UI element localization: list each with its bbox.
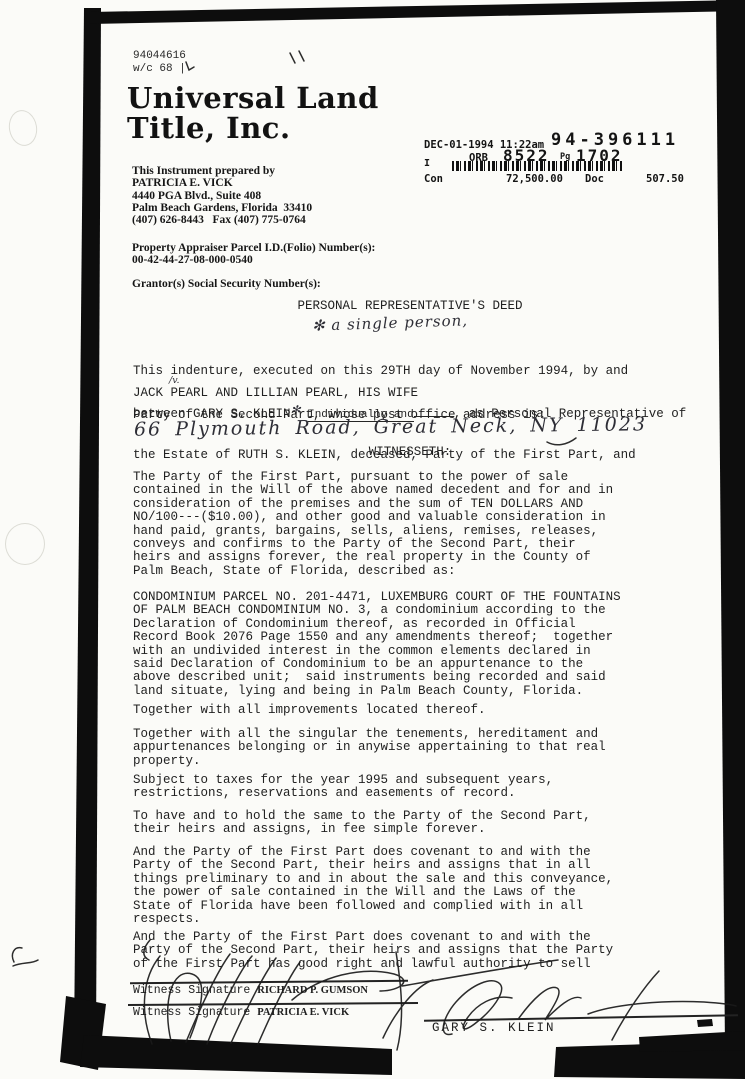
witness1-row: Witness Signature RICHARD P. GUMSON <box>133 984 368 997</box>
deed-title: PERSONAL REPRESENTATIVE'S DEED <box>160 300 660 313</box>
indenture-line1: This indenture, executed on this 29TH da… <box>133 365 686 378</box>
prepared-by-name: PATRICIA E. VICK <box>132 177 312 189</box>
witness2-name: PATRICIA E. VICK <box>257 1007 349 1018</box>
paragraph-covenant-authority: And the Party of the First Part does cov… <box>133 931 613 971</box>
barcode <box>452 161 622 171</box>
file-number: 94044616 <box>133 50 186 62</box>
prepared-by-phone: (407) 626-8443 Fax (407) 775-0764 <box>132 214 312 226</box>
prepared-by-block: This Instrument prepared by PATRICIA E. … <box>132 165 312 226</box>
letterhead-line2: Title, Inc. <box>127 114 291 143</box>
paragraph-legal-description: CONDOMINIUM PARCEL NO. 201-4471, LUXEMBU… <box>133 591 621 698</box>
handwritten-caret: /v. <box>169 375 179 386</box>
parcel-id-label: Property Appraiser Parcel I.D.(Folio) Nu… <box>132 242 375 254</box>
grantor-name: GARY S. KLEIN <box>432 1022 556 1035</box>
paragraph-taxes: Subject to taxes for the year 1995 and s… <box>133 774 553 801</box>
scanned-deed-page: 94044616 w/c 68 | Universal Land Title, … <box>0 0 745 1079</box>
paragraph-tenements: Together with all the singular the tenem… <box>133 728 606 768</box>
wc-number: w/c 68 | <box>133 63 186 75</box>
grantee-line: JACK PEARL AND LILLIAN PEARL, HIS WIFE <box>133 387 418 400</box>
stamp-doc-label: Doc <box>585 173 604 185</box>
witnesseth-heading: WITNESSETH: <box>160 446 660 459</box>
stamp-consideration-amount: 72,500.00 <box>506 173 563 185</box>
paragraph-covenant-compliance: And the Party of the First Part does cov… <box>133 846 613 926</box>
letterhead-line1: Universal Land <box>127 84 379 113</box>
stamp-con-label: Con <box>424 173 443 185</box>
witness2-label: Witness Signature <box>133 1006 250 1019</box>
paragraph-consideration: The Party of the First Part, pursuant to… <box>133 471 613 578</box>
paragraph-improvements: Together with all improvements located t… <box>133 704 486 717</box>
stamp-left-mark: I <box>424 158 430 169</box>
paragraph-habendum: To have and to hold the same to the Part… <box>133 810 591 837</box>
stamp-doc-amount: 507.50 <box>646 173 684 185</box>
prepared-by-address1: 4440 PGA Blvd., Suite 408 <box>132 190 312 202</box>
prepared-by-address2: Palm Beach Gardens, Florida 33410 <box>132 202 312 214</box>
grantor-ssn-label: Grantor(s) Social Security Number(s): <box>132 278 321 290</box>
witness2-row: Witness Signature PATRICIA E. VICK <box>133 1006 349 1019</box>
parcel-id-number: 00-42-44-27-08-000-0540 <box>132 254 253 266</box>
prepared-by-intro: This Instrument prepared by <box>132 165 312 177</box>
witness1-name: RICHARD P. GUMSON <box>257 985 368 996</box>
witness1-label: Witness Signature <box>133 984 250 997</box>
